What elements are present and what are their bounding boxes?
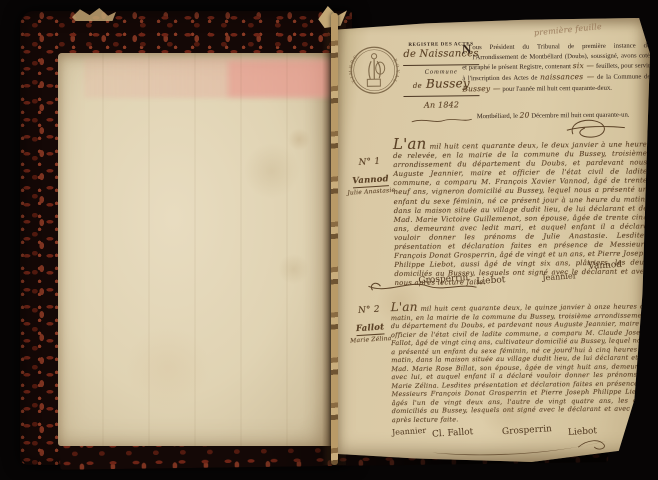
certification-paragraph: Nous Président du Tribunal de première i… xyxy=(462,41,651,95)
date-fill-handwritten: 20 xyxy=(520,111,530,120)
stamp-text-left: TIMBRE xyxy=(349,54,360,83)
pink-stain-strong xyxy=(228,61,332,97)
actes-fill-handwritten: naissances — xyxy=(540,72,595,82)
entry-2-margin-note: N° 2 Fallot Marie Zélina xyxy=(342,304,398,345)
corner-annotation: première feuille xyxy=(534,22,603,38)
divider xyxy=(403,95,479,97)
left-blank-page xyxy=(58,53,332,446)
dropcap: N xyxy=(462,43,472,54)
signature-grosperrin-2: Grosperrin xyxy=(502,424,552,437)
commune-fill-handwritten: Bussey — xyxy=(462,84,500,93)
year-note: An 1842 xyxy=(391,100,493,110)
register-book-scan: première feuille TIMBRE ROYAL xyxy=(0,0,658,480)
entry-1-margin-note: N° 1 Vannod Julie Anastasie xyxy=(342,156,398,197)
svg-text:TIMBRE: TIMBRE xyxy=(349,54,360,83)
pink-stain xyxy=(84,58,332,98)
entry-2-act-text: L'an mil huit cent quarante deux, le qui… xyxy=(391,300,650,424)
right-written-page: première feuille TIMBRE ROYAL xyxy=(338,18,650,462)
binding-thread xyxy=(331,13,338,465)
signature-liebot: Liebot xyxy=(476,275,506,287)
signature-vannod: Vannod xyxy=(588,260,622,272)
feuillets-fill-handwritten: six — xyxy=(573,61,595,70)
header-flourish xyxy=(410,116,474,125)
entry-1-surname: Vannod xyxy=(352,174,389,188)
entry-2-surname: Fallot xyxy=(356,322,385,336)
signature-mayor-2: Jeannier xyxy=(392,426,427,437)
